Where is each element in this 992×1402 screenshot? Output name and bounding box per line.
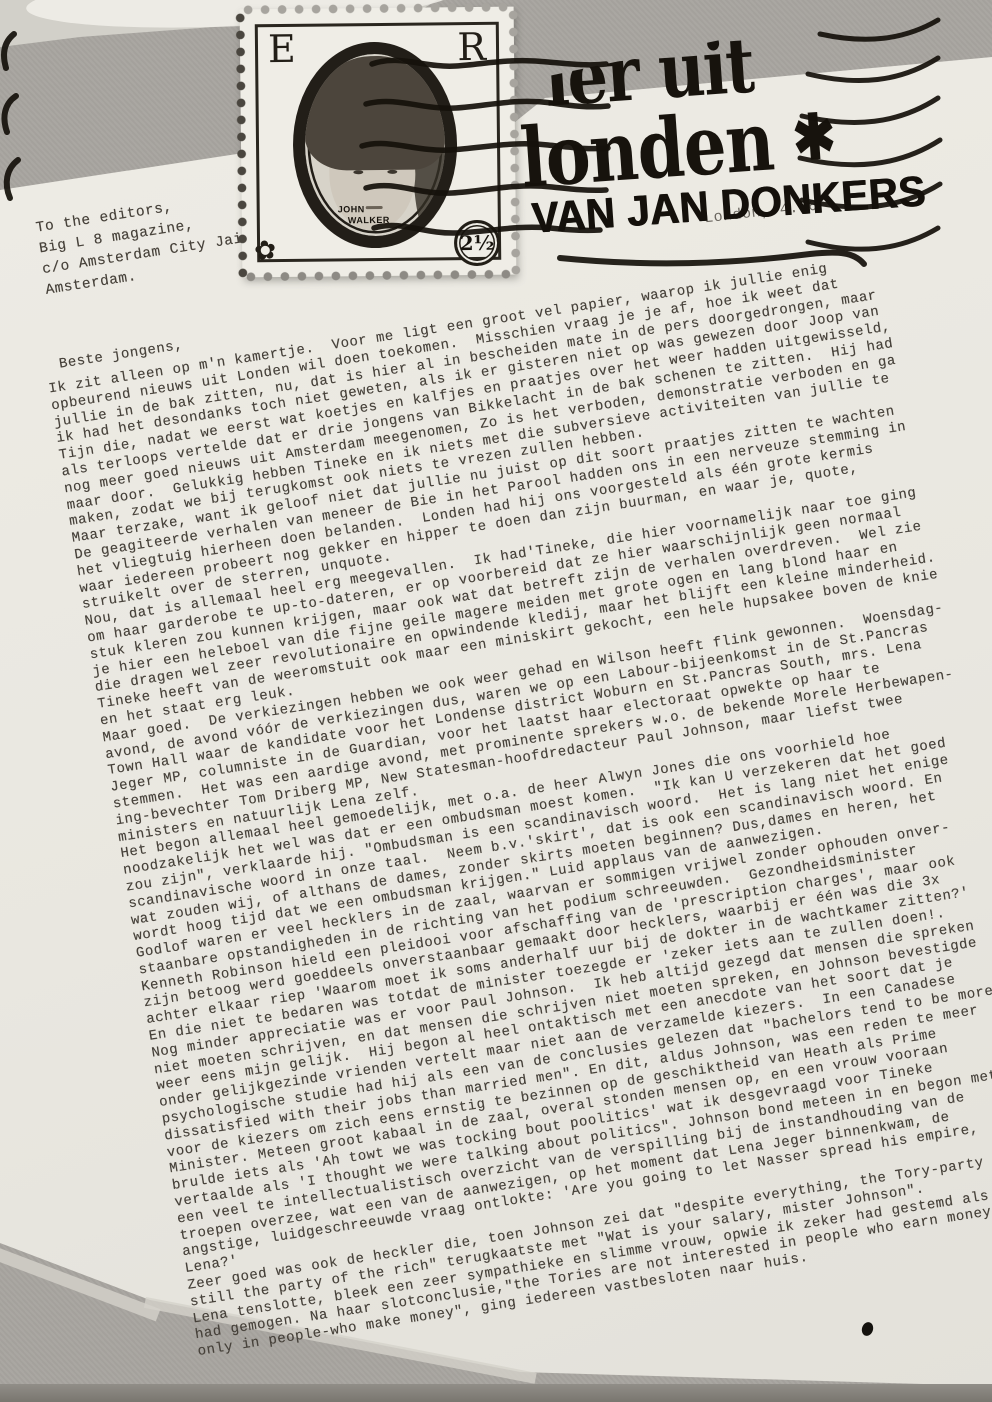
scanned-magazine-page: London, 4.66 ier uit londen✱ VAN JAN DON… [0,0,992,1402]
stamp-letter-r: R [457,25,486,69]
portrait-name: JOHN WALKER [338,204,390,227]
denomination-badge: 2½ [454,220,500,266]
letter-body: Ik zit alleen op m'n kamertje. Voor me l… [48,222,992,1361]
portrait-oval: JOHN WALKER [292,41,458,249]
scan-bottom-edge [0,1384,992,1402]
portrait-name-first: JOHN [338,204,390,216]
postage-stamp: E R JOHN WALKER ✿ 2½ [240,7,517,278]
portrait-name-last: WALKER [348,215,390,226]
portrait-hair [304,55,445,170]
denomination-value: 2½ [460,231,495,255]
stamp-letter-e: E [268,27,296,71]
